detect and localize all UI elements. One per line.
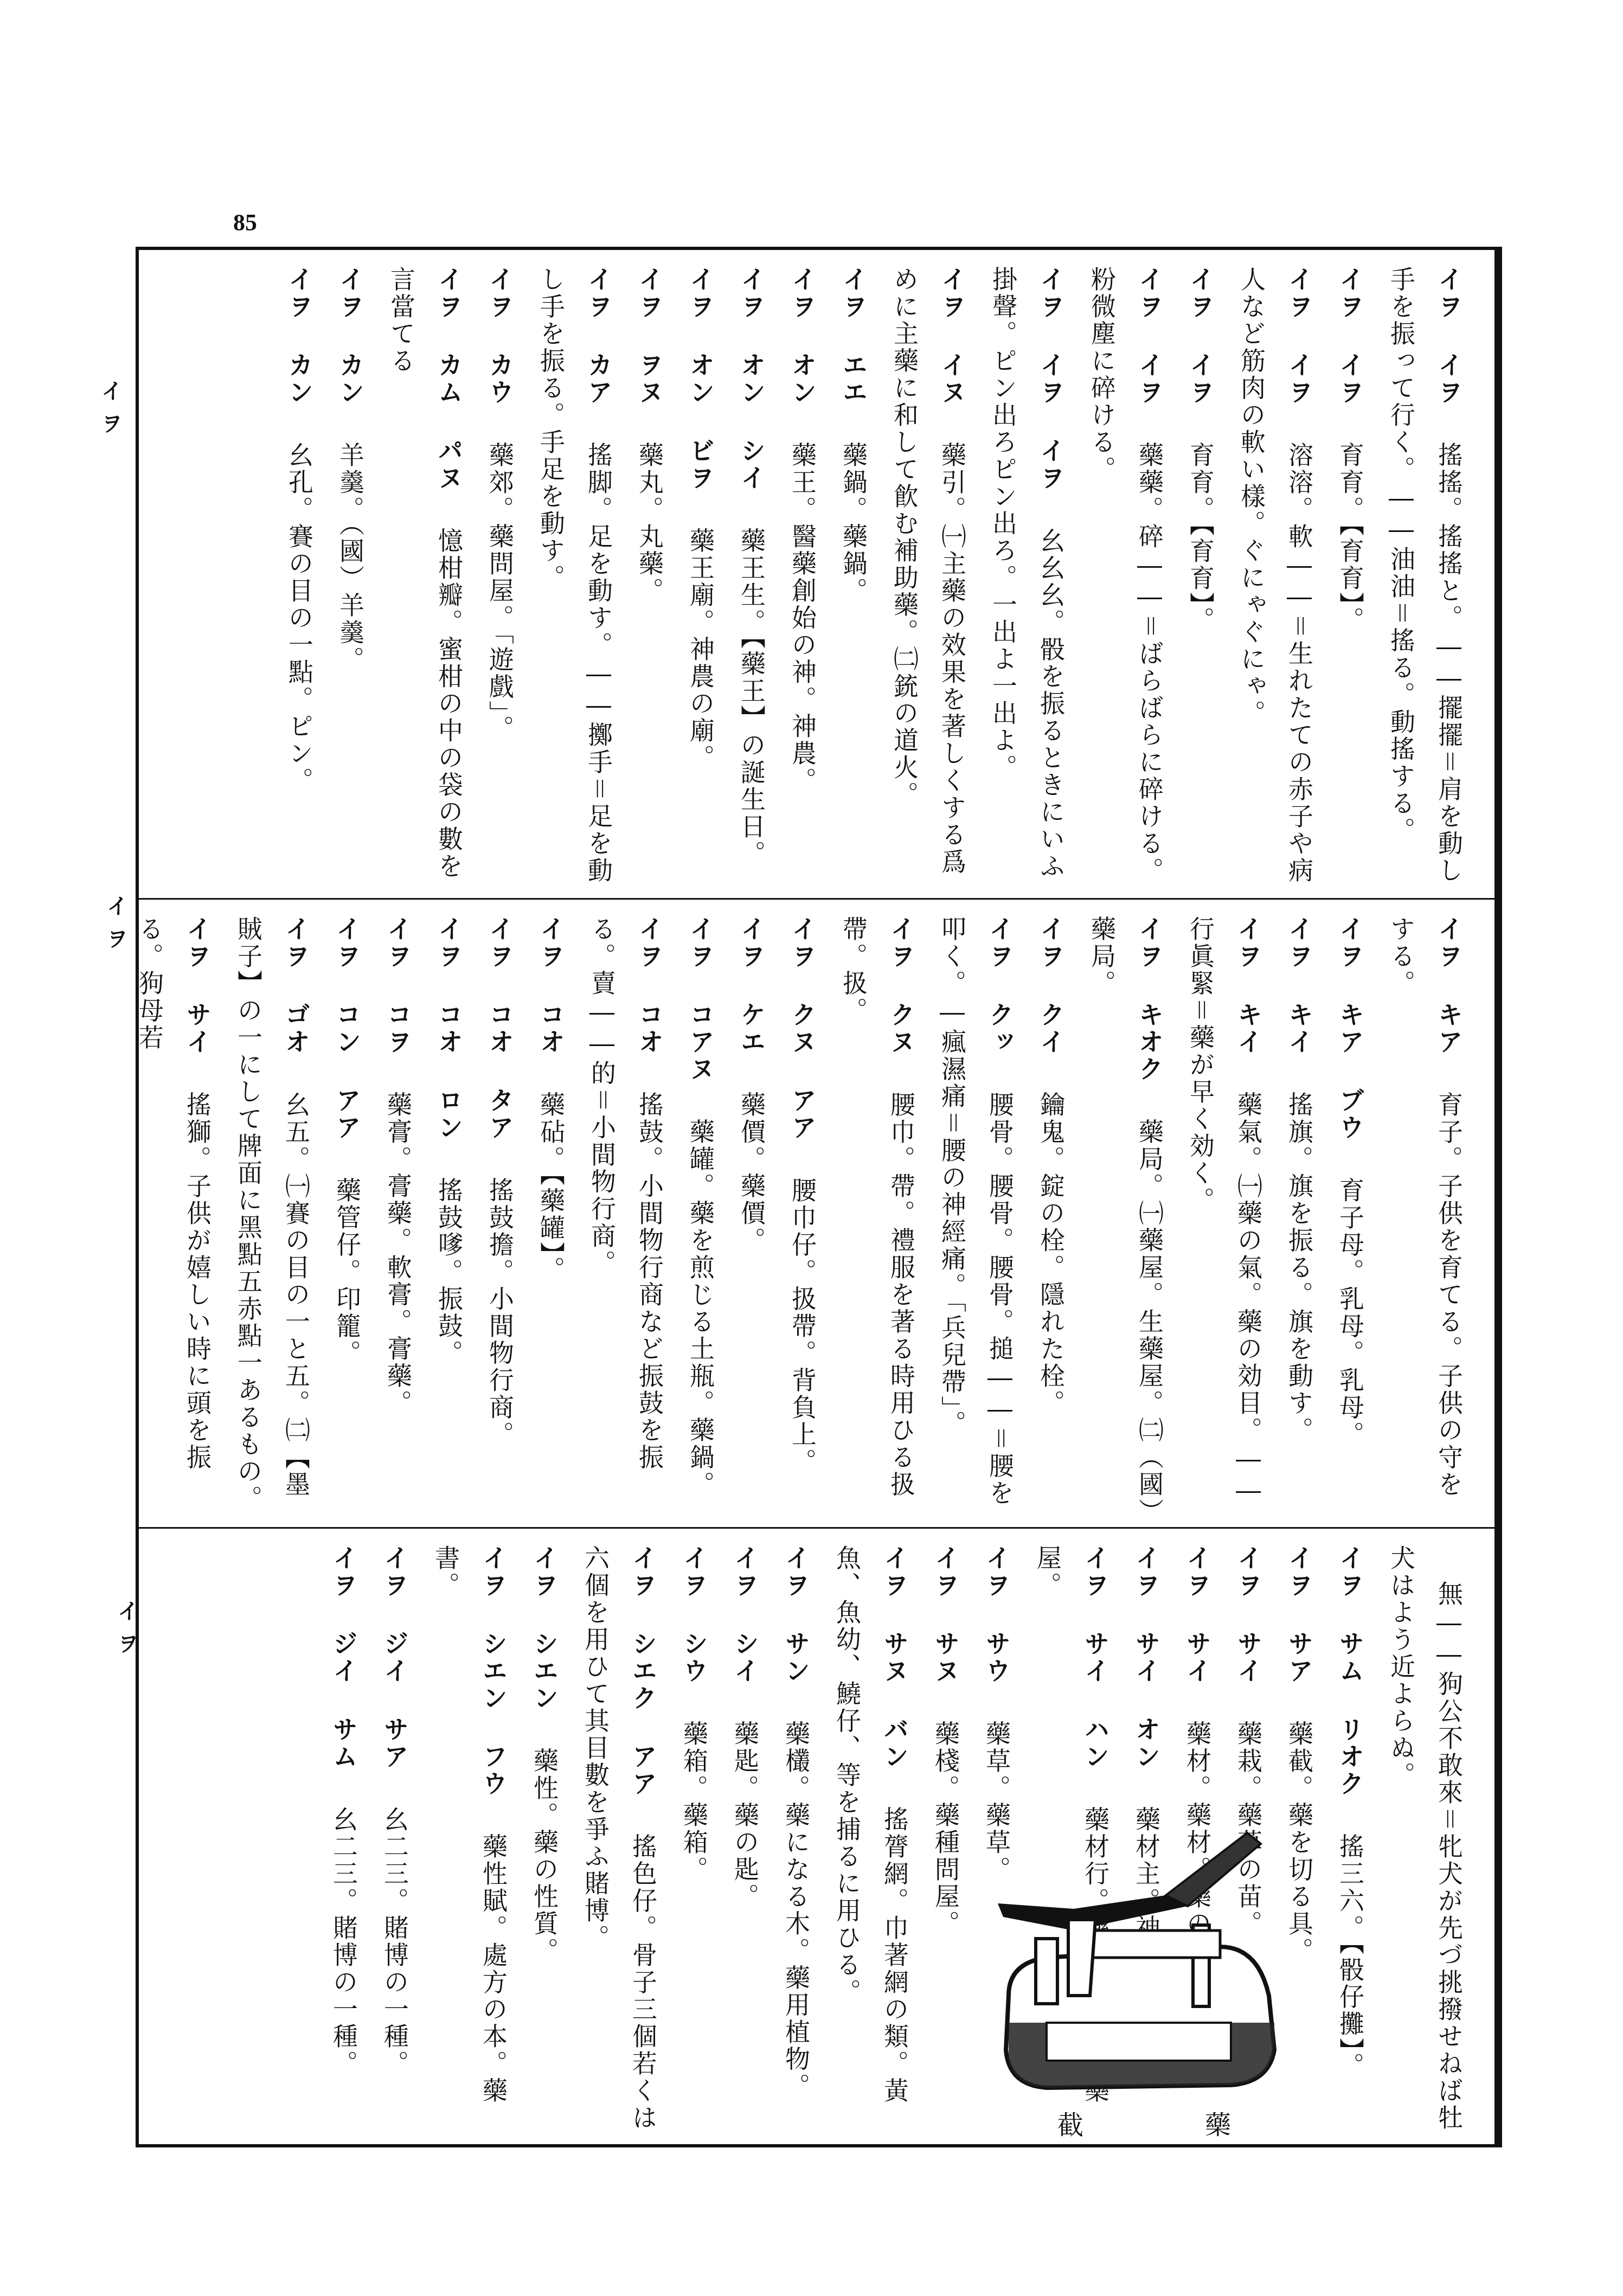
entry-pronunciation: イヲ サム リオク xyxy=(1336,1545,1365,1798)
caption-char-1: 截 xyxy=(1057,2104,1083,2141)
entry-pronunciation: イヲ サヌ バン xyxy=(880,1545,909,1771)
dictionary-entry: イヲ コン アア 藥管仔。印籠。 xyxy=(323,916,371,1522)
dictionary-entry: イヲ ジイ サア 幺二三。賭博の一種。 xyxy=(371,1545,419,2139)
entry-pronunciation: イヲ カン xyxy=(285,266,314,406)
entry-pronunciation: イヲ イヲ xyxy=(1186,266,1215,406)
dictionary-entry: イヲ ケエ 藥價。藥價。 xyxy=(728,916,775,1522)
entry-definition: 無――狗公不敢來＝牝犬が先づ挑撥せねば牡犬はよう近よらぬ。 xyxy=(1387,1545,1464,2132)
section-top: イヲ イヲ 搖搖。搖搖と。――擺擺＝肩を動し手を振って行く。――油油＝搖る。動搖… xyxy=(139,250,1494,898)
entry-pronunciation: イヲ サイ オン xyxy=(1132,1545,1161,1771)
entry-pronunciation: イヲ クヌ アア xyxy=(788,916,817,1141)
entry-pronunciation: イヲ カン xyxy=(336,266,365,406)
entry-pronunciation: イヲ コオ ロン xyxy=(434,916,464,1141)
entry-definition: 藥性。藥の性質。 xyxy=(530,1748,559,1965)
section-bottom: 無――狗公不敢來＝牝犬が先づ挑撥せねば牡犬はよう近よらぬ。イヲ サム リオク 搖… xyxy=(139,1527,1494,2144)
entry-definition: 育育。【育育】。 xyxy=(1336,442,1365,634)
entry-definition: 藥管仔。印籠。 xyxy=(332,1177,362,1367)
entry-definition: 搖旗。旗を振る。旗を動す。 xyxy=(1285,1092,1314,1444)
dictionary-entry: イヲ コヲ 藥膏。膏藥。軟膏。膏藥。 xyxy=(374,916,422,1522)
entry-definition: 育育。【育育】。 xyxy=(1186,442,1215,634)
dictionary-entry: イヲ クッ 腰骨。腰骨。腰骨。搥――＝腰を叩く。―瘋濕痛＝腰の神經痛。「兵兒帶」… xyxy=(928,916,1024,1522)
entry-pronunciation: イヲ キア ブウ xyxy=(1336,916,1365,1141)
entry-definition: 腰巾仔。扱帶。背負上。 xyxy=(788,1177,817,1476)
dictionary-entry: イヲ コオ タア 搖鼓擔。小間物行商。 xyxy=(476,916,524,1522)
dictionary-entry: イヲ オン シイ 藥王生。【藥王】の誕生日。 xyxy=(728,266,775,893)
dictionary-entry: イヲ カウ 藥郊。藥問屋。「遊戲」。 xyxy=(476,266,524,893)
entry-pronunciation: イヲ クッ xyxy=(985,916,1015,1056)
dictionary-entry: イヲ ジイ サム 幺二三。賭博の一種。 xyxy=(320,1545,368,2139)
entry-pronunciation: イヲ コン アア xyxy=(332,916,362,1141)
dictionary-entry: イヲ キオク 藥局。㈠藥屋。生藥屋。㈡（國）藥局。 xyxy=(1078,916,1173,1522)
entry-pronunciation: イヲ シイ xyxy=(730,1545,760,1685)
dictionary-entry: イヲ クイ 鑰鬼。錠の栓。隱れた栓。 xyxy=(1027,916,1075,1522)
entry-pronunciation: イヲ シエン xyxy=(530,1545,559,1712)
entry-pronunciation: イヲ ジイ サム xyxy=(329,1545,358,1771)
dictionary-entry: イヲ ヲヌ 藥丸。丸藥。 xyxy=(626,266,673,893)
dictionary-frame: イヲ イヲ 搖搖。搖搖と。――擺擺＝肩を動し手を振って行く。――油油＝搖る。動搖… xyxy=(136,247,1502,2147)
entry-pronunciation: イヲ コヲ xyxy=(383,916,413,1056)
dictionary-entry: イヲ サヌ 藥棧。藥種問屋。 xyxy=(922,1545,970,2139)
dictionary-entry: イヲ コアヌ 藥罐。藥を煎じる土瓶。藥鍋。 xyxy=(677,916,724,1522)
dictionary-entry: イヲ オン 藥王。醫藥創始の神。神農。 xyxy=(779,266,826,893)
entry-definition: 藥郊。藥問屋。「遊戲」。 xyxy=(485,442,515,742)
illustration-caption: 截 藥 xyxy=(1057,2104,1231,2141)
entry-pronunciation: イヲ イヲ xyxy=(1336,266,1365,406)
dictionary-entry: イヲ コオ 藥砧。【藥罐】。 xyxy=(527,916,575,1522)
entry-definition: 藥王生。【藥王】の誕生日。 xyxy=(737,528,766,868)
entry-pronunciation: イヲ キイ xyxy=(1234,916,1263,1056)
entry-pronunciation: イヲ サイ xyxy=(183,916,212,1056)
dictionary-entry: イヲ オン ビヲ 藥王廟。神農の廟。 xyxy=(677,266,724,893)
entry-pronunciation: イヲ サウ xyxy=(982,1545,1011,1685)
dictionary-entry: イヲ シエン 藥性。藥の性質。 xyxy=(521,1545,568,2139)
entry-pronunciation: イヲ シエン フウ xyxy=(479,1545,508,1798)
entry-pronunciation: イヲ サイ ハン xyxy=(1081,1545,1110,1771)
entry-pronunciation: イヲ キア xyxy=(1434,916,1464,1056)
entry-definition: 搖三六。【骰仔攤】。 xyxy=(1336,1833,1365,2080)
entry-definition: 藥棧。藥種問屋。 xyxy=(931,1721,960,1938)
entry-definition: 幺二三。賭博の一種。 xyxy=(329,1806,358,2077)
page-number: 85 xyxy=(233,209,257,236)
entry-pronunciation: イヲ コオ xyxy=(536,916,566,1056)
entry-pronunciation: イヲ シウ xyxy=(679,1545,709,1685)
entry-pronunciation: イヲ コオ xyxy=(635,916,664,1056)
entry-pronunciation: イヲ シエク アア xyxy=(628,1545,658,1798)
dictionary-entry: イヲ イヌ 藥引。㈠主藥の效果を著しくする爲めに主藥に和して飮む補助藥。㈡銃の道… xyxy=(881,266,976,893)
entry-pronunciation: イヲ オン ビヲ xyxy=(686,266,715,492)
entry-definition: 鑰鬼。錠の栓。隱れた栓。 xyxy=(1036,1092,1066,1417)
entry-pronunciation: イヲ サイ xyxy=(1183,1545,1212,1685)
dictionary-entry: イヲ イヲ 溶溶。軟――＝生れたての赤子や病人など筋肉の軟い樣。ぐにゃぐにゃ。 xyxy=(1228,266,1323,893)
entry-pronunciation: イヲ ヲヌ xyxy=(635,266,664,406)
section-middle: イヲ キア 育子。子供を育てる。子供の守をする。イヲ キア ブウ 育子母。乳母。… xyxy=(139,898,1494,1527)
entry-definition: 育子母。乳母。乳母。 xyxy=(1336,1177,1365,1448)
entry-pronunciation: イヲ イヲ xyxy=(1285,266,1314,406)
entry-pronunciation: イヲ コアヌ xyxy=(686,916,715,1083)
entry-pronunciation: イヲ サア xyxy=(1285,1545,1314,1685)
entry-definition: 藥欉。藥になる木。藥用植物。 xyxy=(781,1721,811,2100)
entry-definition: 搖鼓嗲。振鼓。 xyxy=(434,1177,464,1367)
entry-pronunciation: イヲ サン xyxy=(781,1545,811,1685)
entry-definition: 藥膏。膏藥。軟膏。膏藥。 xyxy=(383,1092,413,1417)
margin-label-top: イヲ xyxy=(95,380,126,445)
entry-pronunciation: イヲ ゴオ xyxy=(281,916,311,1056)
entry-pronunciation: イヲ コオ タア xyxy=(485,916,515,1141)
dictionary-entry: イヲ クヌ アア 腰巾仔。扱帶。背負上。 xyxy=(779,916,826,1522)
dictionary-entry: イヲ イヲ 藥藥。碎――＝ばらばらに碎ける。粉微塵に碎ける。 xyxy=(1078,266,1173,893)
entry-pronunciation: イヲ サイ xyxy=(1234,1545,1263,1685)
dictionary-entry: イヲ ゴオ 幺五。㈠賽の目の一と五。㈡【墨賊子】の一にして牌面に黑點五赤點一ある… xyxy=(224,916,320,1522)
entry-pronunciation: イヲ サヌ xyxy=(931,1545,960,1685)
entry-definition: 藥王。醫藥創始の神。神農。 xyxy=(788,442,817,794)
entry-pronunciation: イヲ ジイ サア xyxy=(380,1545,409,1771)
entry-definition: 藥丸。丸藥。 xyxy=(635,442,664,605)
entry-definition: 藥箱。藥箱。 xyxy=(679,1721,709,1883)
dictionary-entry: イヲ キイ 藥氣。㈠藥の氣。藥の効目。――行眞緊＝藥が早く効く。 xyxy=(1177,916,1272,1522)
entry-definition: 幺二三。賭博の一種。 xyxy=(380,1806,409,2077)
dictionary-entry: イヲ シウ 藥箱。藥箱。 xyxy=(670,1545,718,2139)
dictionary-entry: イヲ シエン フウ 藥性賦。處方の本。藥書。 xyxy=(422,1545,517,2139)
dictionary-entry: イヲ カア 搖脚。足を動す。――擲手＝足を動し手を振る。手足を動す。 xyxy=(527,266,623,893)
dictionary-entry: イヲ コオ ロン 搖鼓嗲。振鼓。 xyxy=(425,916,473,1522)
dictionary-entry: イヲ イヲ 育育。【育育】。 xyxy=(1177,266,1224,893)
dictionary-entry: イヲ サイ 搖獅。子供が嬉しい時に頭を振る。狗母若 xyxy=(139,916,221,1522)
dictionary-entry: イヲ キイ 搖旗。旗を振る。旗を動す。 xyxy=(1275,916,1323,1522)
entry-definition: 藥鍋。藥鍋。 xyxy=(839,442,868,605)
entry-pronunciation: イヲ カア xyxy=(584,266,613,406)
entry-pronunciation: イヲ ケエ xyxy=(737,916,766,1056)
medicine-cutter-icon xyxy=(987,1768,1291,2104)
entry-pronunciation: イヲ オン xyxy=(788,266,817,406)
entry-definition: 藥砧。【藥罐】。 xyxy=(536,1092,566,1284)
dictionary-entry: イヲ カン 幺孔。賽の目の一點。ピン。 xyxy=(275,266,323,893)
entry-pronunciation: イヲ キオク xyxy=(1135,916,1164,1083)
entry-definition: 藥罐。藥を煎じる土瓶。藥鍋。 xyxy=(686,1119,715,1498)
margin-label-middle: イヲ xyxy=(100,895,131,960)
entry-pronunciation: イヲ オン シイ xyxy=(737,266,766,492)
dictionary-entry: イヲ サン 藥欉。藥になる木。藥用植物。 xyxy=(772,1545,820,2139)
entry-pronunciation: イヲ イヲ イヲ xyxy=(1036,266,1066,492)
entry-definition: 羊羹。（國）羊羹。 xyxy=(336,442,365,674)
caption-char-2: 藥 xyxy=(1205,2104,1231,2141)
dictionary-entry: イヲ イヲ 育育。【育育】。 xyxy=(1326,266,1374,893)
entry-pronunciation: イヲ イヲ xyxy=(1135,266,1164,406)
dictionary-entry: イヲ サヌ バン 搖膂網。巾著網の類。黃魚、魚幼、鱙仔、等を捕るに用ひる。 xyxy=(823,1545,919,2139)
dictionary-entry: イヲ シイ 藥匙。藥の匙。 xyxy=(721,1545,769,2139)
entry-pronunciation: イヲ クヌ xyxy=(887,916,916,1056)
entry-pronunciation: イヲ カム パヌ xyxy=(434,266,464,492)
entry-pronunciation: イヲ イヲ xyxy=(1434,266,1464,406)
dictionary-entry: イヲ カン 羊羹。（國）羊羹。 xyxy=(326,266,374,893)
entry-pronunciation: イヲ クイ xyxy=(1036,916,1066,1056)
entry-definition: 藥匙。藥の匙。 xyxy=(730,1721,760,1910)
entry-pronunciation: イヲ キイ xyxy=(1285,916,1314,1056)
dictionary-entry: イヲ キア 育子。子供を育てる。子供の守をする。 xyxy=(1377,916,1473,1522)
dictionary-entry: 無――狗公不敢來＝牝犬が先づ挑撥せねば牡犬はよう近よらぬ。 xyxy=(1377,1545,1473,2139)
entry-pronunciation: イヲ カウ xyxy=(485,266,515,406)
dictionary-entry: イヲ キア ブウ 育子母。乳母。乳母。 xyxy=(1326,916,1374,1522)
dictionary-entry: イヲ クヌ 腰巾。帶。禮服を著る時用ひる扱帶。扱。 xyxy=(830,916,925,1522)
entry-definition: 藥價。藥價。 xyxy=(737,1092,766,1254)
dictionary-entry: イヲ シエク アア 搖色仔。骨子三個若くは六個を用ひて其目數を爭ふ賭博。 xyxy=(572,1545,667,2139)
dictionary-entry: イヲ イヲ 搖搖。搖搖と。――擺擺＝肩を動し手を振って行く。――油油＝搖る。動搖… xyxy=(1377,266,1473,893)
entry-pronunciation: イヲ エエ xyxy=(839,266,868,406)
entry-definition: 藥王廟。神農の廟。 xyxy=(686,528,715,772)
dictionary-entry: イヲ カム パヌ 憶柑瓣。蜜柑の中の袋の數を言當てる xyxy=(377,266,473,893)
dictionary-entry: イヲ イヲ イヲ 幺幺幺。骰を振るときにいふ掛聲。ピン出ろピン出ろ。一出よ一出よ… xyxy=(979,266,1075,893)
dictionary-entry: イヲ エエ 藥鍋。藥鍋。 xyxy=(830,266,877,893)
entry-pronunciation: イヲ イヌ xyxy=(938,266,967,406)
entry-definition: 幺孔。賽の目の一點。ピン。 xyxy=(285,442,314,794)
dictionary-entry: イヲ コオ 搖鼓。小間物行商など振鼓を振る。賣――的＝小間物行商。 xyxy=(578,916,673,1522)
entry-definition: 搖鼓擔。小間物行商。 xyxy=(485,1177,515,1448)
dictionary-entry: イヲ サム リオク 搖三六。【骰仔攤】。 xyxy=(1326,1545,1374,2139)
